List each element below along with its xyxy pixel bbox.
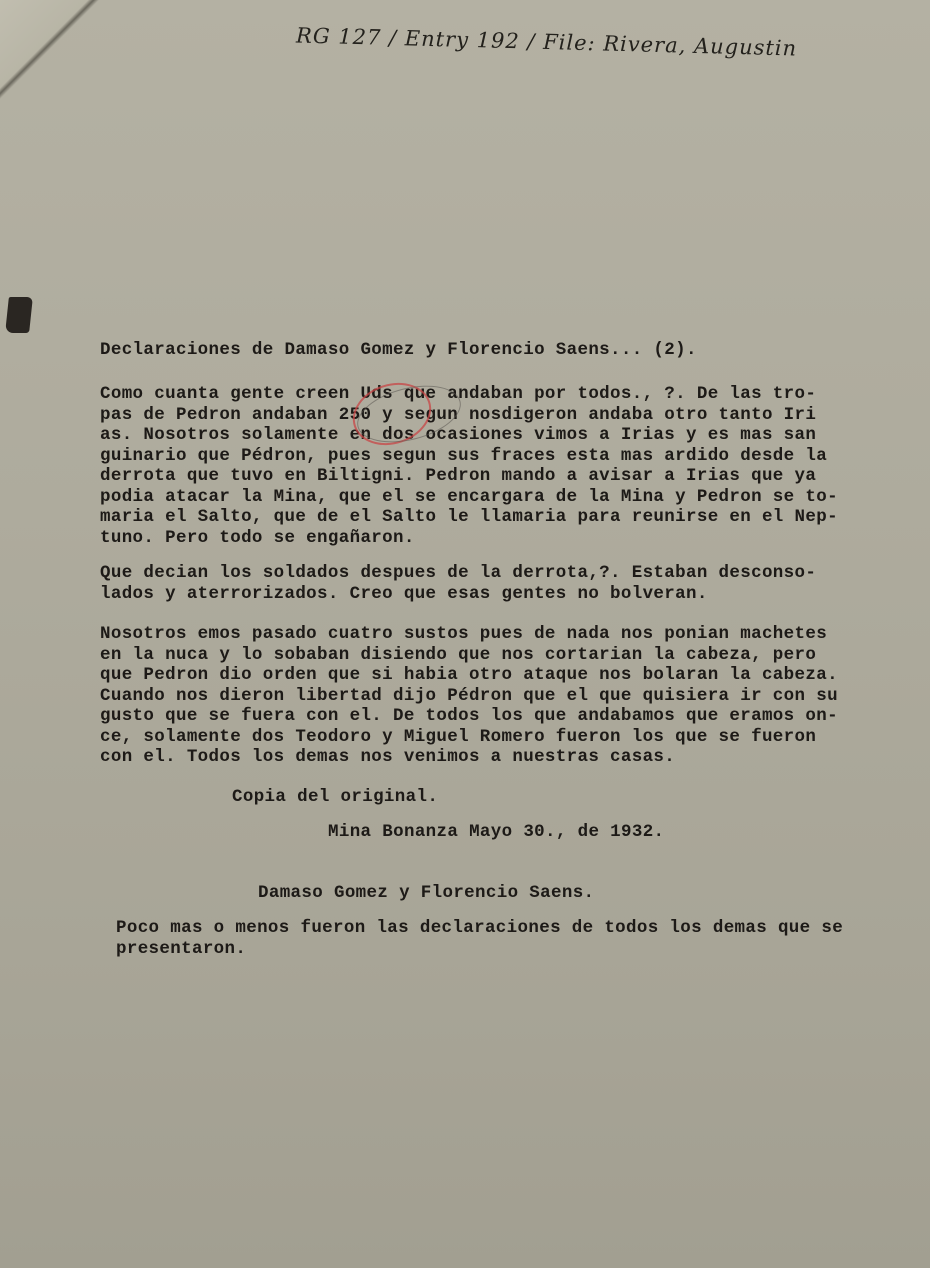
- folded-page-corner: [0, 0, 100, 100]
- ink-blot-mark: [5, 297, 33, 333]
- text-line: que Pedron dio orden que si habia otro a…: [100, 665, 838, 686]
- text-line: podia atacar la Mina, que el se encargar…: [100, 487, 838, 508]
- text-line: derrota que tuvo en Biltigni. Pedron man…: [100, 466, 838, 487]
- copy-note: Copia del original.: [232, 787, 438, 808]
- text-line: Poco mas o menos fueron las declaracione…: [116, 918, 843, 939]
- text-line: con el. Todos los demas nos venimos a nu…: [100, 747, 838, 768]
- text-line: guinario que Pédron, pues segun sus frac…: [100, 446, 838, 467]
- signatories: Damaso Gomez y Florencio Saens.: [258, 883, 594, 904]
- text-line: gusto que se fuera con el. De todos los …: [100, 706, 838, 727]
- text-line: Nosotros emos pasado cuatro sustos pues …: [100, 624, 838, 645]
- closing-paragraph: Poco mas o menos fueron las declaracione…: [116, 918, 843, 959]
- text-line: Como cuanta gente creen Uds que andaban …: [100, 384, 838, 405]
- paragraph-2: Que decian los soldados despues de la de…: [100, 563, 816, 604]
- text-line: en la nuca y lo sobaban disiendo que nos…: [100, 645, 838, 666]
- paragraph-1: Como cuanta gente creen Uds que andaban …: [100, 384, 838, 548]
- text-line: presentaron.: [116, 939, 843, 960]
- scanned-page: RG 127 / Entry 192 / File: Rivera, Augus…: [0, 0, 930, 1268]
- text-line: maria el Salto, que de el Salto le llama…: [100, 507, 838, 528]
- text-line: tuno. Pero todo se engañaron.: [100, 528, 838, 549]
- text-line: ce, solamente dos Teodoro y Miguel Romer…: [100, 727, 838, 748]
- archive-handwritten-note: RG 127 / Entry 192 / File: Rivera, Augus…: [296, 23, 798, 60]
- place-and-date: Mina Bonanza Mayo 30., de 1932.: [328, 822, 664, 843]
- text-line: Cuando nos dieron libertad dijo Pédron q…: [100, 686, 838, 707]
- document-title: Declaraciones de Damaso Gomez y Florenci…: [100, 340, 697, 361]
- text-line: lados y aterrorizados. Creo que esas gen…: [100, 584, 816, 605]
- text-line: Que decian los soldados despues de la de…: [100, 563, 816, 584]
- text-line: pas de Pedron andaban 250 y segun nosdig…: [100, 405, 838, 426]
- text-line: as. Nosotros solamente en dos ocasiones …: [100, 425, 838, 446]
- paragraph-3: Nosotros emos pasado cuatro sustos pues …: [100, 624, 838, 768]
